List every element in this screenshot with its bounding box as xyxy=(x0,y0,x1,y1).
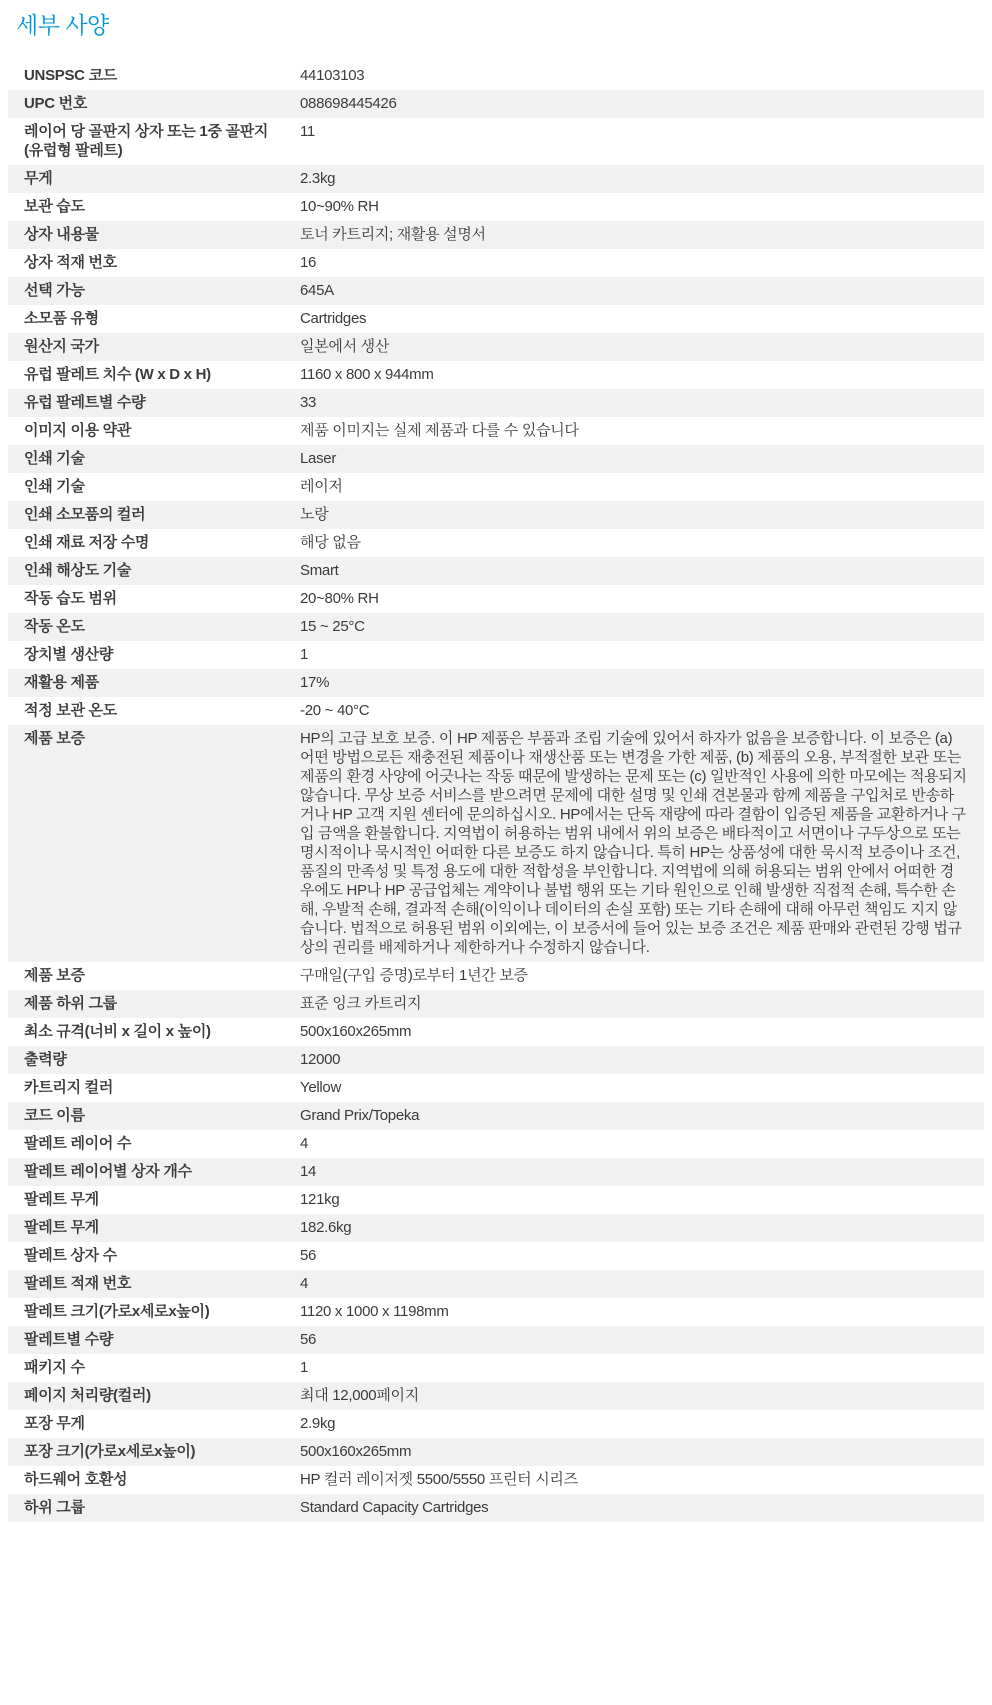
spec-value: Yellow xyxy=(300,1078,968,1097)
table-row: 무게 2.3kg xyxy=(8,165,984,193)
table-row: 제품 하위 그룹 표준 잉크 카트리지 xyxy=(8,990,984,1018)
table-row: 보관 습도 10~90% RH xyxy=(8,193,984,221)
spec-label: 팔레트별 수량 xyxy=(24,1330,300,1349)
spec-label: 이미지 이용 약관 xyxy=(24,421,300,440)
table-row: 적정 보관 온도 -20 ~ 40°C xyxy=(8,697,984,725)
spec-value: 17% xyxy=(300,673,968,692)
spec-label: 원산지 국가 xyxy=(24,337,300,356)
spec-value: 500x160x265mm xyxy=(300,1442,968,1461)
table-row: 팔레트 크기(가로x세로x높이) 1120 x 1000 x 1198mm xyxy=(8,1298,984,1326)
spec-value: 44103103 xyxy=(300,66,968,85)
spec-value: 표준 잉크 카트리지 xyxy=(300,994,968,1013)
spec-label: 팔레트 레이어별 상자 개수 xyxy=(24,1162,300,1181)
spec-value: 121kg xyxy=(300,1190,968,1209)
spec-value: 16 xyxy=(300,253,968,272)
spec-value: 14 xyxy=(300,1162,968,1181)
table-row: 인쇄 기술 레이저 xyxy=(8,473,984,501)
spec-label: 제품 보증 xyxy=(24,729,300,748)
spec-label: 팔레트 무게 xyxy=(24,1218,300,1237)
table-row: 인쇄 기술 Laser xyxy=(8,445,984,473)
table-row: 레이어 당 골판지 상자 또는 1중 골판지 (유럽형 팔레트) 11 xyxy=(8,118,984,165)
spec-label: 적정 보관 온도 xyxy=(24,701,300,720)
table-row: 작동 온도 15 ~ 25°C xyxy=(8,613,984,641)
table-row: 팔레트별 수량 56 xyxy=(8,1326,984,1354)
spec-label: 최소 규격(너비 x 길이 x 높이) xyxy=(24,1022,300,1041)
spec-label: 상자 내용물 xyxy=(24,225,300,244)
table-row: 선택 가능 645A xyxy=(8,277,984,305)
spec-value: 33 xyxy=(300,393,968,412)
spec-value: 4 xyxy=(300,1274,968,1293)
table-row: 하위 그룹 Standard Capacity Cartridges xyxy=(8,1494,984,1522)
table-row: 유럽 팔레트별 수량 33 xyxy=(8,389,984,417)
table-row: UPC 번호 088698445426 xyxy=(8,90,984,118)
spec-value: 20~80% RH xyxy=(300,589,968,608)
spec-label: 제품 보증 xyxy=(24,966,300,985)
spec-value: 1 xyxy=(300,1358,968,1377)
spec-value: 1160 x 800 x 944mm xyxy=(300,365,968,384)
spec-value: 일본에서 생산 xyxy=(300,337,968,356)
table-row: 유럽 팔레트 치수 (W x D x H) 1160 x 800 x 944mm xyxy=(8,361,984,389)
spec-label: 패키지 수 xyxy=(24,1358,300,1377)
spec-value: 1120 x 1000 x 1198mm xyxy=(300,1302,968,1321)
table-row: 팔레트 적재 번호 4 xyxy=(8,1270,984,1298)
spec-label: 유럽 팔레트 치수 (W x D x H) xyxy=(24,365,300,384)
spec-value: 토너 카트리지; 재활용 설명서 xyxy=(300,225,968,244)
spec-label: 포장 크기(가로x세로x높이) xyxy=(24,1442,300,1461)
spec-label: 작동 온도 xyxy=(24,617,300,636)
table-row: 소모품 유형 Cartridges xyxy=(8,305,984,333)
spec-value: Smart xyxy=(300,561,968,580)
spec-label: 팔레트 무게 xyxy=(24,1190,300,1209)
table-row: 최소 규격(너비 x 길이 x 높이) 500x160x265mm xyxy=(8,1018,984,1046)
table-row: 원산지 국가 일본에서 생산 xyxy=(8,333,984,361)
spec-value: 10~90% RH xyxy=(300,197,968,216)
spec-label: 페이지 처리량(컬러) xyxy=(24,1386,300,1405)
spec-label: 포장 무게 xyxy=(24,1414,300,1433)
spec-value: 최대 12,000페이지 xyxy=(300,1386,968,1405)
table-row: 인쇄 해상도 기술 Smart xyxy=(8,557,984,585)
table-row: 상자 적재 번호 16 xyxy=(8,249,984,277)
table-row: 제품 보증 구매일(구입 증명)로부터 1년간 보증 xyxy=(8,962,984,990)
spec-value: -20 ~ 40°C xyxy=(300,701,968,720)
spec-value: 해당 없음 xyxy=(300,533,968,552)
table-row: 이미지 이용 약관 제품 이미지는 실제 제품과 다를 수 있습니다 xyxy=(8,417,984,445)
spec-value: 구매일(구입 증명)로부터 1년간 보증 xyxy=(300,966,968,985)
spec-value: HP 컬러 레이저젯 5500/5550 프린터 시리즈 xyxy=(300,1470,968,1489)
spec-label: 재활용 제품 xyxy=(24,673,300,692)
table-row: 작동 습도 범위 20~80% RH xyxy=(8,585,984,613)
spec-table: UNSPSC 코드 44103103 UPC 번호 088698445426 레… xyxy=(8,62,984,1522)
spec-label: 선택 가능 xyxy=(24,281,300,300)
spec-value: 088698445426 xyxy=(300,94,968,113)
spec-label: 소모품 유형 xyxy=(24,309,300,328)
table-row: 상자 내용물 토너 카트리지; 재활용 설명서 xyxy=(8,221,984,249)
spec-value: 500x160x265mm xyxy=(300,1022,968,1041)
table-row: 포장 무게 2.9kg xyxy=(8,1410,984,1438)
spec-label: 하드웨어 호환성 xyxy=(24,1470,300,1489)
table-row: 팔레트 상자 수 56 xyxy=(8,1242,984,1270)
spec-label: UNSPSC 코드 xyxy=(24,66,300,85)
spec-label: 제품 하위 그룹 xyxy=(24,994,300,1013)
spec-value: 56 xyxy=(300,1246,968,1265)
spec-label: 팔레트 상자 수 xyxy=(24,1246,300,1265)
spec-label: 카트리지 컬러 xyxy=(24,1078,300,1097)
spec-value: 645A xyxy=(300,281,968,300)
table-row: 재활용 제품 17% xyxy=(8,669,984,697)
spec-value: Laser xyxy=(300,449,968,468)
spec-value: 레이저 xyxy=(300,477,968,496)
spec-value: HP의 고급 보호 보증. 이 HP 제품은 부품과 조립 기술에 있어서 하자… xyxy=(300,729,968,957)
spec-value: 1 xyxy=(300,645,968,664)
spec-label: 작동 습도 범위 xyxy=(24,589,300,608)
spec-value: 2.3kg xyxy=(300,169,968,188)
spec-label: 팔레트 크기(가로x세로x높이) xyxy=(24,1302,300,1321)
spec-label: 출력량 xyxy=(24,1050,300,1069)
spec-value: 노랑 xyxy=(300,505,968,524)
table-row: 팔레트 무게 182.6kg xyxy=(8,1214,984,1242)
spec-value: Cartridges xyxy=(300,309,968,328)
page-title: 세부 사양 xyxy=(0,0,992,39)
spec-value: Standard Capacity Cartridges xyxy=(300,1498,968,1517)
table-row: 팔레트 레이어 수 4 xyxy=(8,1130,984,1158)
spec-label: 무게 xyxy=(24,169,300,188)
table-row: UNSPSC 코드 44103103 xyxy=(8,62,984,90)
table-row: 카트리지 컬러 Yellow xyxy=(8,1074,984,1102)
spec-value: 제품 이미지는 실제 제품과 다를 수 있습니다 xyxy=(300,421,968,440)
spec-value: 56 xyxy=(300,1330,968,1349)
spec-value: 12000 xyxy=(300,1050,968,1069)
table-row: 제품 보증 HP의 고급 보호 보증. 이 HP 제품은 부품과 조립 기술에 … xyxy=(8,725,984,962)
spec-value: 182.6kg xyxy=(300,1218,968,1237)
table-row: 코드 이름 Grand Prix/Topeka xyxy=(8,1102,984,1130)
spec-label: 팔레트 레이어 수 xyxy=(24,1134,300,1153)
spec-label: 장치별 생산량 xyxy=(24,645,300,664)
spec-label: 보관 습도 xyxy=(24,197,300,216)
spec-label: 인쇄 기술 xyxy=(24,449,300,468)
spec-label: 레이어 당 골판지 상자 또는 1중 골판지 (유럽형 팔레트) xyxy=(24,122,300,160)
table-row: 팔레트 무게 121kg xyxy=(8,1186,984,1214)
spec-value: Grand Prix/Topeka xyxy=(300,1106,968,1125)
table-row: 장치별 생산량 1 xyxy=(8,641,984,669)
spec-value: 4 xyxy=(300,1134,968,1153)
table-row: 팔레트 레이어별 상자 개수 14 xyxy=(8,1158,984,1186)
spec-label: 팔레트 적재 번호 xyxy=(24,1274,300,1293)
spec-label: 상자 적재 번호 xyxy=(24,253,300,272)
spec-value: 2.9kg xyxy=(300,1414,968,1433)
spec-value: 11 xyxy=(300,122,968,141)
table-row: 인쇄 소모품의 컬러 노랑 xyxy=(8,501,984,529)
spec-label: 인쇄 기술 xyxy=(24,477,300,496)
table-row: 출력량 12000 xyxy=(8,1046,984,1074)
table-row: 포장 크기(가로x세로x높이) 500x160x265mm xyxy=(8,1438,984,1466)
spec-label: 코드 이름 xyxy=(24,1106,300,1125)
table-row: 패키지 수 1 xyxy=(8,1354,984,1382)
spec-label: 인쇄 해상도 기술 xyxy=(24,561,300,580)
table-row: 하드웨어 호환성 HP 컬러 레이저젯 5500/5550 프린터 시리즈 xyxy=(8,1466,984,1494)
spec-label: UPC 번호 xyxy=(24,94,300,113)
table-row: 인쇄 재료 저장 수명 해당 없음 xyxy=(8,529,984,557)
spec-label: 인쇄 소모품의 컬러 xyxy=(24,505,300,524)
spec-label: 하위 그룹 xyxy=(24,1498,300,1517)
spec-value: 15 ~ 25°C xyxy=(300,617,968,636)
spec-label: 유럽 팔레트별 수량 xyxy=(24,393,300,412)
spec-label: 인쇄 재료 저장 수명 xyxy=(24,533,300,552)
table-row: 페이지 처리량(컬러) 최대 12,000페이지 xyxy=(8,1382,984,1410)
